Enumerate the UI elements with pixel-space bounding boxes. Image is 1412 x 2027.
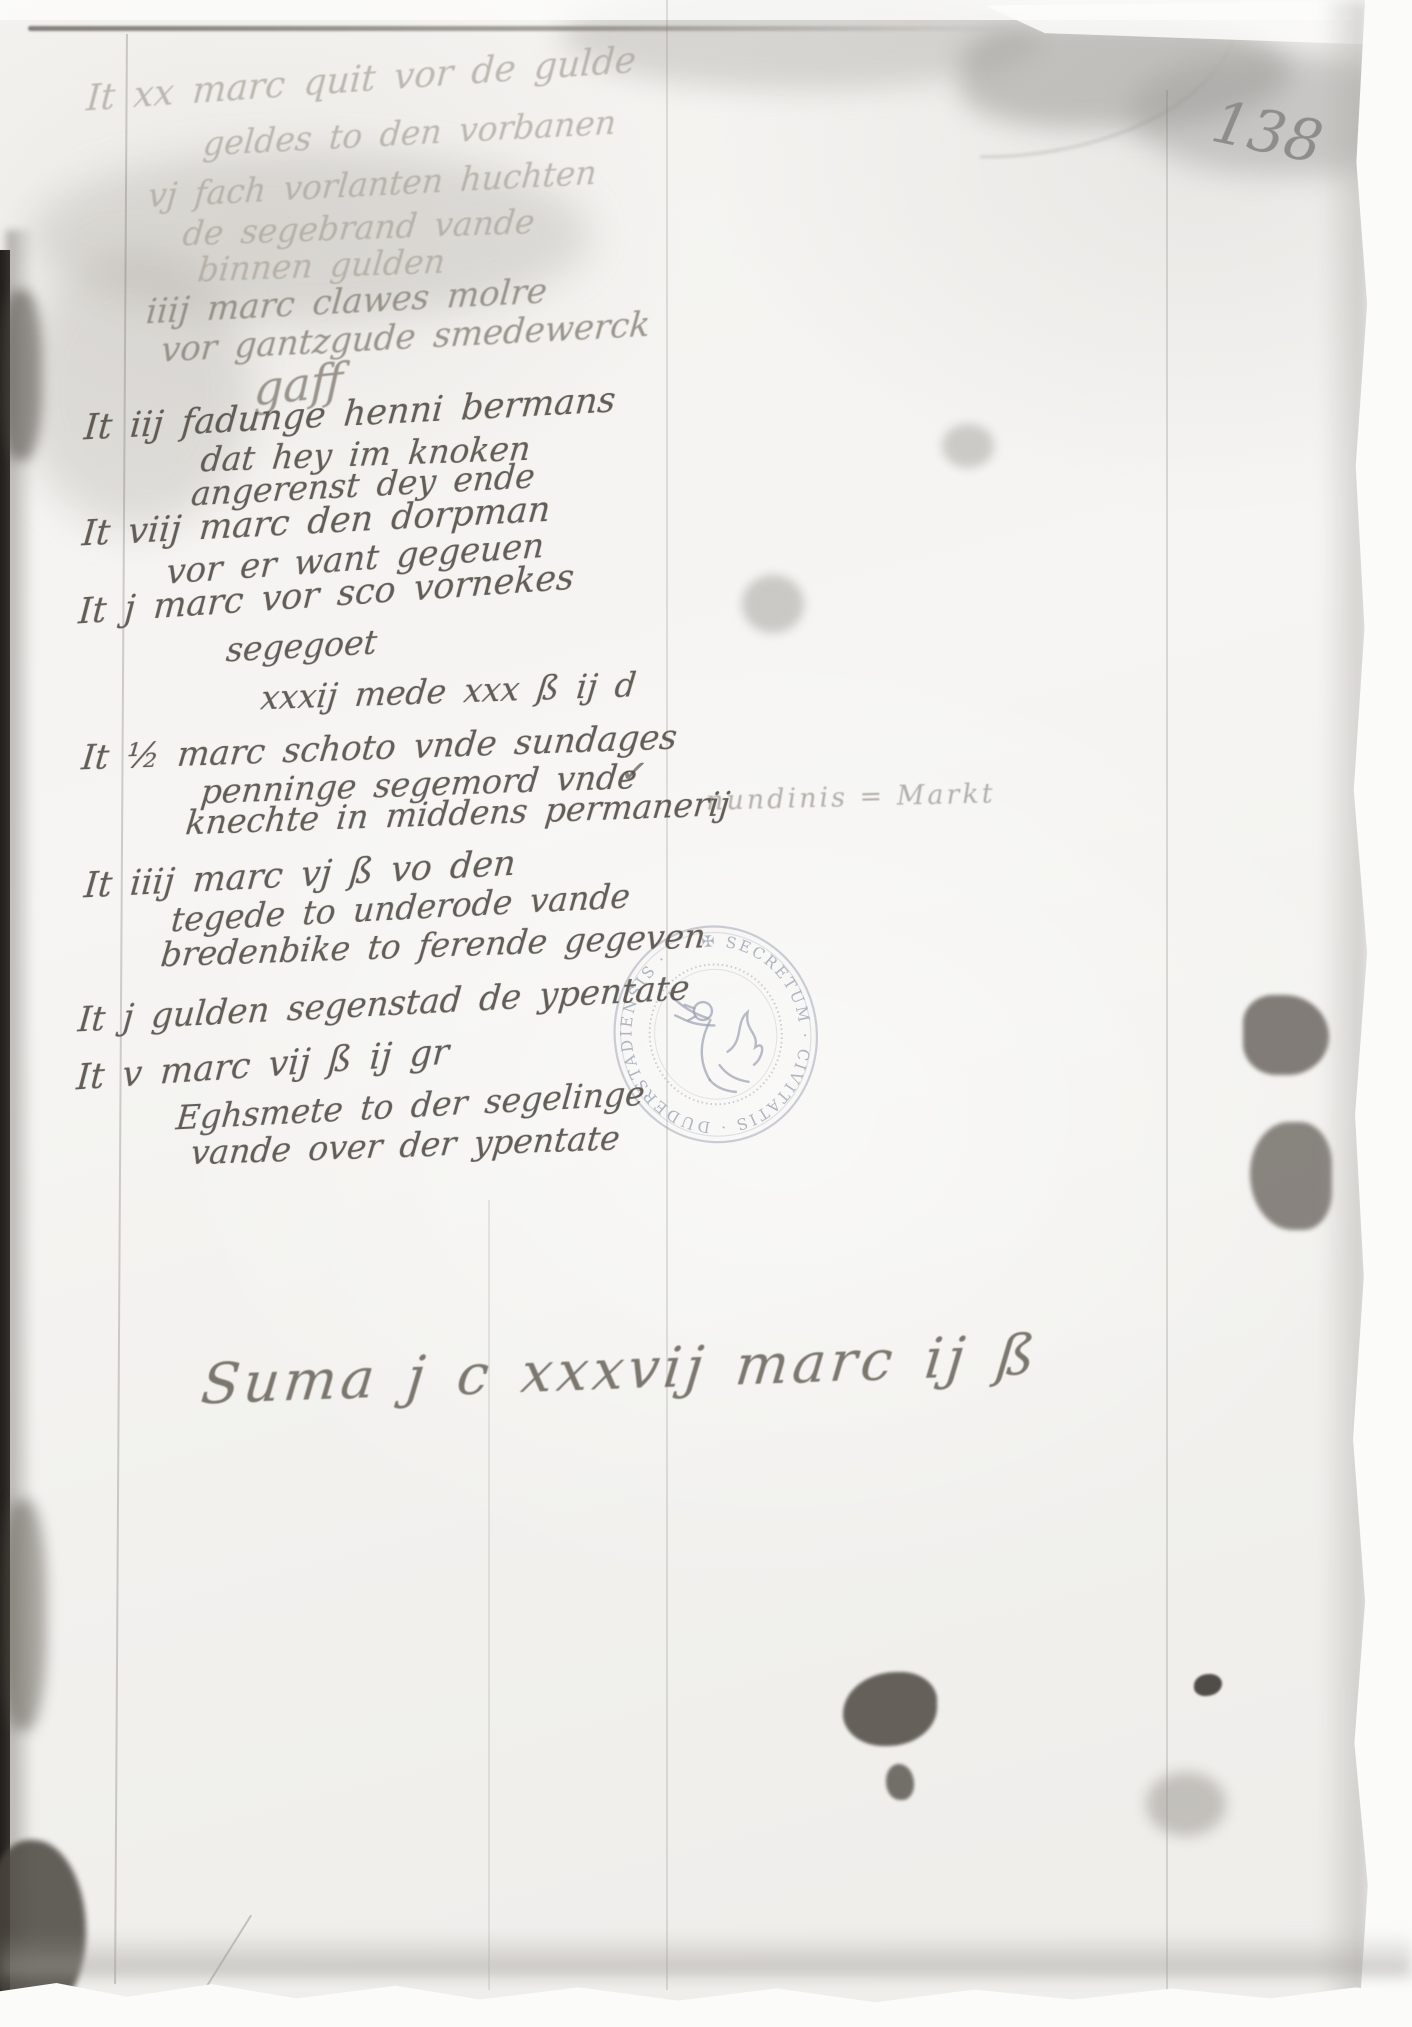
manuscript-line: It j gulden segenstad de ypentate (76, 968, 691, 1040)
scanner-backing-top (0, 0, 1412, 20)
manuscript-line: segegoet (225, 622, 379, 669)
right-edge-ink-blot (1243, 995, 1329, 1075)
bottom-ink-dot (1194, 1674, 1222, 1696)
left-edge-blotch (0, 290, 42, 460)
manuscript-scan: ✠ SECRETUM · CIVITATIS · DUDERSTADIENSIS… (0, 0, 1412, 2027)
vertical-fold (1166, 90, 1168, 1990)
left-edge-dark-strip (0, 250, 10, 2010)
top-edge-crease (28, 26, 1008, 31)
faint-blot (742, 575, 804, 633)
faint-blot (942, 424, 994, 468)
page-number: 138 (1206, 87, 1328, 177)
parchment-page: ✠ SECRETUM · CIVITATIS · DUDERSTADIENSIS… (0, 0, 1412, 2027)
bottom-ink-blot-small (886, 1764, 914, 1800)
manuscript-line: xxxij mede xxx ß ij d (259, 665, 638, 717)
sum-line: Suma j c xxxvij marc ij ß (198, 1323, 1042, 1418)
pencil-gloss: nundinis = Markt (706, 778, 996, 817)
bottom-faint-smudge (1146, 1772, 1226, 1836)
scanner-backing-bottom (0, 1972, 1412, 2027)
vertical-fold (488, 1200, 490, 1990)
bottom-ink-blot (843, 1672, 937, 1746)
bottom-edge-shadow (0, 1932, 1412, 1976)
left-edge-gutter (6, 230, 34, 2010)
left-edge-blotch (0, 1500, 46, 1730)
